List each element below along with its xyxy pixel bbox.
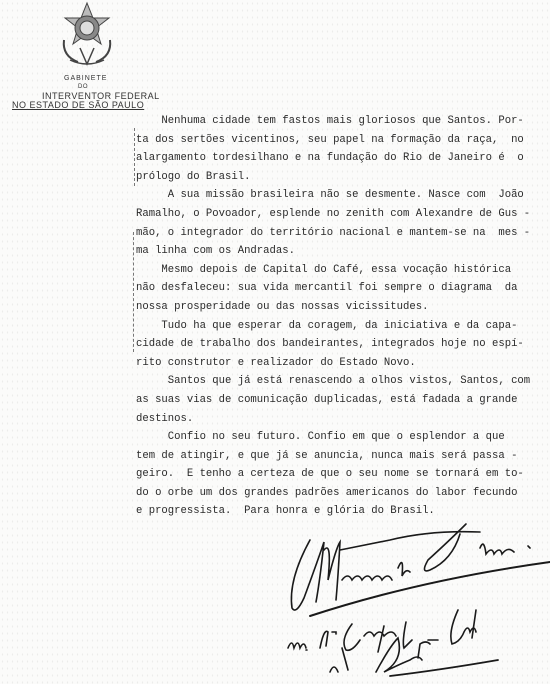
text-line: mão, o integrador do território nacional… [136, 224, 541, 243]
text-line: Mesmo depois de Capital do Café, essa vo… [136, 261, 541, 280]
text-line: Tudo ha que esperar da coragem, da inici… [136, 317, 541, 336]
text-line: tem de atingir, e que já se anuncia, nun… [136, 447, 541, 466]
text-line: rito construtor e realizador do Estado N… [136, 354, 541, 373]
text-line: Nenhuma cidade tem fastos mais gloriosos… [136, 112, 541, 131]
stamp-estado: no Estado de São Paulo [12, 100, 144, 110]
text-line: cidade de trabalho dos bandeirantes, int… [136, 335, 541, 354]
letter-body: Nenhuma cidade tem fastos mais gloriosos… [136, 112, 541, 521]
text-line: Confio no seu futuro. Confio em que o es… [136, 428, 541, 447]
text-line: alargamento tordesilhano e na fundação d… [136, 149, 541, 168]
text-line: destinos. [136, 410, 541, 429]
text-line: do o orbe um dos grandes padrões america… [136, 484, 541, 503]
text-line: nossa prosperidade ou das nossas vicissi… [136, 298, 541, 317]
margin-bracket [133, 232, 134, 352]
handwritten-signature [280, 520, 550, 684]
text-line: as suas vias de comunicação duplicadas, … [136, 391, 541, 410]
text-line: Ramalho, o Povoador, esplende no zenith … [136, 205, 541, 224]
margin-bracket [134, 128, 135, 186]
text-line: ma linha com os Andradas. [136, 242, 541, 261]
text-line: prólogo do Brasil. [136, 168, 541, 187]
text-line: e progressista. Para honra e glória do B… [136, 502, 541, 521]
text-line: ta dos sertões vicentinos, seu papel na … [136, 131, 541, 150]
text-line: geiro. E tenho a certeza de que o seu no… [136, 465, 541, 484]
coat-of-arms-icon [56, 0, 118, 68]
stamp-do: do [78, 84, 88, 90]
letterhead-stamp: Gabinete do Interventor Federal no Estad… [8, 0, 198, 110]
stamp-gabinete: Gabinete [64, 75, 107, 82]
text-line: Santos que já está renascendo a olhos vi… [136, 372, 541, 391]
text-line: A sua missão brasileira não se desmente.… [136, 186, 541, 205]
text-line: não desfaleceu: sua vida mercantil foi s… [136, 279, 541, 298]
